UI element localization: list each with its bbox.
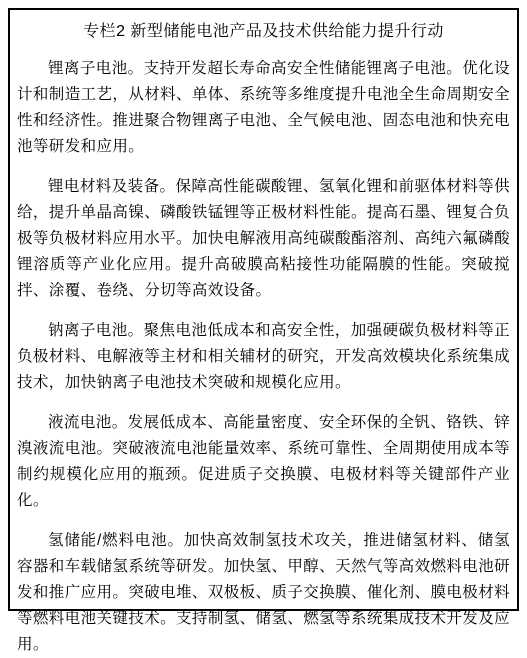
- paragraph-sodium-ion-battery: 钠离子电池。聚焦电池低成本和高安全性，加强硬碳负极材料等正负极材料、电解液等主材…: [17, 318, 510, 396]
- paragraph-flow-battery: 液流电池。发展低成本、高能量密度、安全环保的全钒、铬铁、锌溴液流电池。突破液流电…: [17, 410, 510, 514]
- column-2-bordered-panel: 专栏2 新型储能电池产品及技术供给能力提升行动 锂离子电池。支持开发超长寿命高安…: [8, 8, 519, 611]
- paragraph-lithium-ion-battery: 锂离子电池。支持开发超长寿命高安全性储能锂离子电池。优化设计和制造工艺，从材料、…: [17, 56, 510, 160]
- paragraph-hydrogen-fuel-cell: 氢储能/燃料电池。加快高效制氢技术攻关，推进储氢材料、储氢容器和车载储氢系统等研…: [17, 528, 510, 613]
- paragraph-lithium-materials-equipment: 锂电材料及装备。保障高性能碳酸锂、氢氧化锂和前驱体材料等供给，提升单晶高镍、磷酸…: [17, 174, 510, 304]
- panel-title: 专栏2 新型储能电池产品及技术供给能力提升行动: [17, 20, 510, 44]
